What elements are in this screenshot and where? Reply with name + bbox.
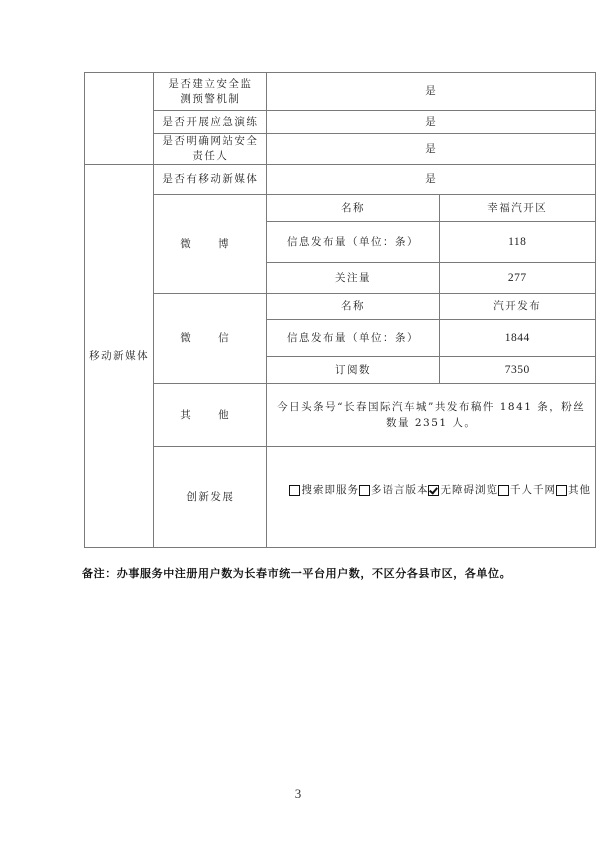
other-media-value: 今日头条号“长春国际汽车城”共发布稿件 1841 条，粉丝数量 2351 人。 [267,384,596,447]
weibo-followers-label: 关注量 [267,263,439,294]
option-label: 其他 [568,483,591,498]
footnote: 备注：办事服务中注册用户数为长春市统一平台用户数，不区分各县市区，各单位。 [82,566,522,581]
security-row-label: 是否明确网站安全责任人 [154,134,267,165]
page-number: 3 [0,786,596,802]
website-report-table: 是否建立安全监测预警机制 是 是否开展应急演练 是 是否明确网站安全责任人 是 … [84,72,596,548]
wechat-posts-value: 1844 [439,320,595,357]
checkbox-other[interactable] [556,485,567,496]
has-mobile-media-label: 是否有移动新媒体 [154,165,267,195]
weibo-followers-value: 277 [439,263,595,294]
weibo-posts-label: 信息发布量（单位：条） [267,222,439,263]
option-label: 多语言版本 [371,483,429,498]
weibo-name-label: 名称 [267,195,439,222]
innovation-section-label: 创新发展 [154,447,267,548]
checkbox-multilingual[interactable] [359,485,370,496]
checkbox-personalized[interactable] [498,485,509,496]
option-label: 搜索即服务 [301,483,359,498]
innovation-checkbox-group: 搜索即服务多语言版本无障碍浏览千人千网其他 [289,483,591,498]
security-row-value: 是 [267,111,596,134]
security-row-value: 是 [267,134,596,165]
security-row-value: 是 [267,73,596,111]
checkbox-search-service[interactable] [289,485,300,496]
weibo-label: 微 博 [154,195,267,294]
option-label: 千人千网 [510,483,556,498]
wechat-label: 微 信 [154,294,267,384]
wechat-name-value: 汽开发布 [439,294,595,320]
other-media-label: 其 他 [154,384,267,447]
checkbox-accessibility[interactable] [428,485,439,496]
wechat-posts-label: 信息发布量（单位：条） [267,320,439,357]
wechat-subscribers-label: 订阅数 [267,357,439,384]
innovation-options-cell: 搜索即服务多语言版本无障碍浏览千人千网其他 [267,447,596,548]
wechat-subscribers-value: 7350 [439,357,595,384]
mobile-media-section-label: 移动新媒体 [85,165,154,548]
weibo-posts-value: 118 [439,222,595,263]
security-row-label: 是否建立安全监测预警机制 [154,73,267,111]
wechat-name-label: 名称 [267,294,439,320]
option-label: 无障碍浏览 [440,483,498,498]
weibo-name-value: 幸福汽开区 [439,195,595,222]
security-section-cell [85,73,154,165]
security-row-label: 是否开展应急演练 [154,111,267,134]
has-mobile-media-value: 是 [267,165,596,195]
